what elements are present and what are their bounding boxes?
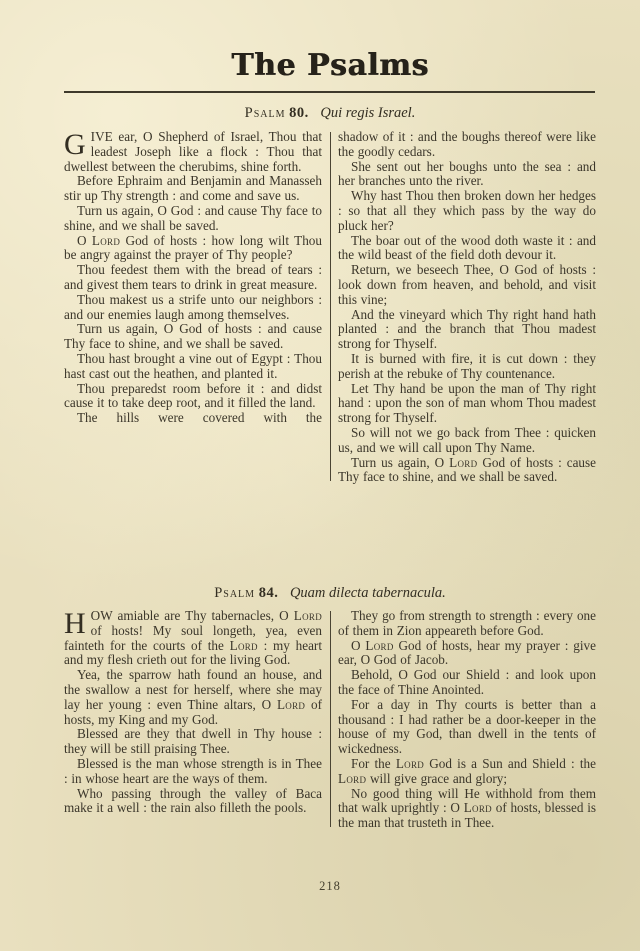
psalm-number: 80. — [289, 105, 309, 121]
verse-paragraph: Thou feedest them with the bread of tear… — [64, 263, 322, 293]
verse-paragraph: She sent out her boughs unto the sea : a… — [338, 160, 596, 190]
verse-paragraph: And the vineyard which Thy right hand ha… — [338, 308, 596, 352]
verse-paragraph: Turn us again, O God of hosts : and caus… — [64, 322, 322, 352]
lord-small-caps: Lord — [365, 638, 393, 653]
verse-paragraph: Behold, O God our Shield : and look upon… — [338, 668, 596, 698]
verse-paragraph: For a day in Thy courts is better than a… — [338, 698, 596, 757]
verse-paragraph: Turn us again, O God : and cause Thy fac… — [64, 204, 322, 234]
lord-small-caps: Lord — [92, 233, 120, 248]
verse-paragraph: The boar out of the wood doth waste it :… — [338, 234, 596, 264]
verse-paragraph: Why hast Thou then broken down her hedge… — [338, 189, 596, 233]
verse-paragraph: Thou makest us a strife unto our neighbo… — [64, 293, 322, 323]
verse-paragraph: No good thing will He withhold from them… — [338, 787, 596, 831]
psalm-80-left-column: GIVE ear, O Shepherd of Israel, Thou tha… — [64, 130, 322, 485]
verse-paragraph: It is burned with fire, it is cut down :… — [338, 352, 596, 382]
psalm-name: Psalm — [245, 105, 286, 121]
psalm-84-right-column: They go from strength to strength : ever… — [338, 609, 596, 831]
psalm-84-columns: HOW amiable are Thy tabernacles, O Lord … — [64, 609, 596, 831]
verse-paragraph: Return, we beseech Thee, O God of hosts … — [338, 263, 596, 307]
verse-paragraph: So will not we go back from Thee : quick… — [338, 426, 596, 456]
verse-paragraph: GIVE ear, O Shepherd of Israel, Thou tha… — [64, 130, 322, 174]
page-title: The Psalms — [64, 48, 596, 84]
lord-small-caps: Lord — [338, 771, 366, 786]
lord-small-caps: Lord — [464, 800, 492, 815]
verse-paragraph: The hills were covered with the — [64, 411, 322, 426]
column-divider — [330, 132, 331, 481]
verse-paragraph: HOW amiable are Thy tabernacles, O Lord … — [64, 609, 322, 668]
lord-small-caps: Lord — [449, 455, 477, 470]
verse-paragraph: O Lord God of hosts, hear my prayer : gi… — [338, 639, 596, 669]
lord-small-caps: Lord — [396, 756, 424, 771]
verse-paragraph: Thou hast brought a vine out of Egypt : … — [64, 352, 322, 382]
psalm-84-left-column: HOW amiable are Thy tabernacles, O Lord … — [64, 609, 322, 831]
psalm-80-right-column: shadow of it : and the boughs thereof we… — [338, 130, 596, 485]
verse-paragraph: Turn us again, O Lord God of hosts : cau… — [338, 456, 596, 486]
psalm-80-columns: GIVE ear, O Shepherd of Israel, Thou tha… — [64, 130, 596, 485]
psalm-80-heading: Psalm 80. Qui regis Israel. — [64, 104, 596, 122]
page-number: 218 — [64, 879, 596, 894]
header-rule — [64, 91, 595, 93]
verse-paragraph: For the Lord God is a Sun and Shield : t… — [338, 757, 596, 787]
verse-paragraph: O Lord God of hosts : how long wilt Thou… — [64, 234, 322, 264]
verse-paragraph: shadow of it : and the boughs thereof we… — [338, 130, 596, 160]
psalm-84-heading: Psalm 84. Quam dilecta tabernacula. — [64, 584, 596, 602]
lord-small-caps: Lord — [230, 638, 258, 653]
verse-paragraph: Blessed is the man whose strength is in … — [64, 757, 322, 787]
psalm-latin-title: Quam dilecta tabernacula. — [290, 585, 446, 601]
psalm-name: Psalm — [214, 585, 255, 601]
drop-cap: H — [64, 609, 91, 637]
verse-paragraph: Let Thy hand be upon the man of Thy righ… — [338, 382, 596, 426]
verse-paragraph: Before Ephraim and Benjamin and Manasseh… — [64, 174, 322, 204]
column-divider — [330, 611, 331, 827]
psalm-number: 84. — [259, 585, 279, 601]
verse-paragraph: Blessed are they that dwell in Thy house… — [64, 727, 322, 757]
lord-small-caps: Lord — [277, 697, 305, 712]
verse-paragraph: Thou preparedst room before it : and did… — [64, 382, 322, 412]
psalm-latin-title: Qui regis Israel. — [320, 105, 415, 121]
verse-paragraph: Yea, the sparrow hath found an house, an… — [64, 668, 322, 727]
drop-cap: G — [64, 130, 91, 158]
verse-paragraph: They go from strength to strength : ever… — [338, 609, 596, 639]
lord-small-caps: Lord — [294, 608, 322, 623]
verse-paragraph: Who passing through the valley of Baca m… — [64, 787, 322, 817]
